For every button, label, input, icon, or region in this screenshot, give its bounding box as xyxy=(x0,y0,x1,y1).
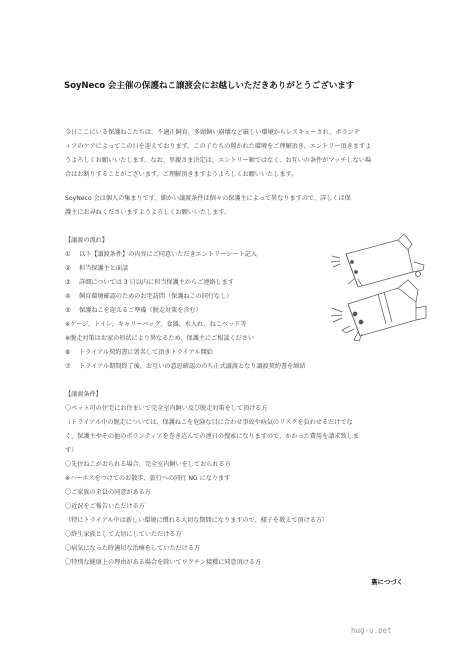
cats-in-boxes-illustration xyxy=(328,232,443,352)
flow-step: ③詳細については 3 日以内に担当保護主からご連絡します xyxy=(65,277,234,286)
flow-step: ④飼育環境確認のためのお宅訪問（保護ねこの同行なし） xyxy=(65,291,232,300)
continue-on-back-label: 裏につづく xyxy=(371,577,403,586)
cat-box-icon xyxy=(328,232,443,352)
condition-line: 〇ご家族の全員の同意がある方 xyxy=(65,487,151,496)
intro-line: うよろしくお願いいたします。なお、里親さま決定は、エントリー順ではなく、お互いの… xyxy=(65,155,371,164)
condition-line: 〇先住ねこがおられる場合、完全室内飼いをしておられる方 xyxy=(65,459,231,468)
flow-note: ※ケージ、トイレ、キャリーバッグ、食器、水入れ、ねこベッド等 xyxy=(65,319,247,328)
condition-line: （特にトライアル中は新しい環境に慣れる大切な期間になりますので、様子を教えて頂け… xyxy=(65,515,328,524)
group-line: 護主にお尋ねくださいますようよろしくお願いいたします。 xyxy=(65,207,230,216)
flow-step: ②担当保護主と面談 xyxy=(65,263,128,272)
condition-line: 〇病気になった時適切な治療をしていただける方 xyxy=(65,543,200,552)
condition-line: ※ハーネスをつけてのお散歩、旅行への同行 NG になります xyxy=(65,473,230,482)
condition-line: 〇特別な健康上の理由がある場合を除いてワクチン接種に同意頂ける方 xyxy=(65,557,261,566)
intro-line: ィアのケアによってこの日を迎えております。この子たちの置かれた環境をご理解頂き、… xyxy=(65,141,371,150)
condition-line: （トライアル中の脱走については、保護ねこを危険な目に合わせ事故や病気のリスクを負… xyxy=(65,417,353,426)
flow-note: ※脱走対策はお家の形状により異なるため、保護主にご相談ください xyxy=(65,333,254,342)
flow-step: ①以下【譲渡条件】の内容にご同意いただきエントリーシート記入 xyxy=(65,249,257,258)
intro-line: 今日ここにいる保護ねこたちは、不適正飼育、多頭飼い崩壊など厳しい環境からレスキュ… xyxy=(65,127,360,136)
flow-step: ⑥トライアル契約書に署名して頂きトライアル開始 xyxy=(65,347,213,356)
flow-step: ⑤保護ねこを迎えるご準備（脱走対策を含む） xyxy=(65,305,202,314)
intro-line: 合はお断りすることがございます。ご理解頂きますようよろしくお願いいたします。 xyxy=(65,169,297,178)
page-title: SoyNeco 会主催の保護ねこ譲渡会にお越しいただきありがとうございます xyxy=(64,79,464,91)
watermark: hug-u.pet xyxy=(351,626,392,635)
condition-line: 〇近況をご報告いただける方 xyxy=(65,501,145,510)
condition-line: 〇ペット可の住宅にお住まいで完全室内飼い及び脱走対策をして頂ける方 xyxy=(65,403,268,412)
condition-line: く、保護主やその他のボランティアを巻き込んでの連日の捜索になりますので、かかった… xyxy=(65,431,359,440)
group-line: SoyNeco 会は個人の集まりです。細かい譲渡条件は個々の保護主によって異なり… xyxy=(65,193,351,202)
condition-line: 〇終生家族として大切にしていただける方 xyxy=(65,529,182,538)
flow-step: ⑦トライアル期間終了後、お互いの意思確認ののち正式譲渡となり譲渡契約書を締結 xyxy=(65,361,305,370)
flow-heading: 【譲渡の流れ】 xyxy=(65,235,108,244)
conditions-heading: 【譲渡条件】 xyxy=(65,389,102,398)
condition-line: す） xyxy=(65,445,77,454)
